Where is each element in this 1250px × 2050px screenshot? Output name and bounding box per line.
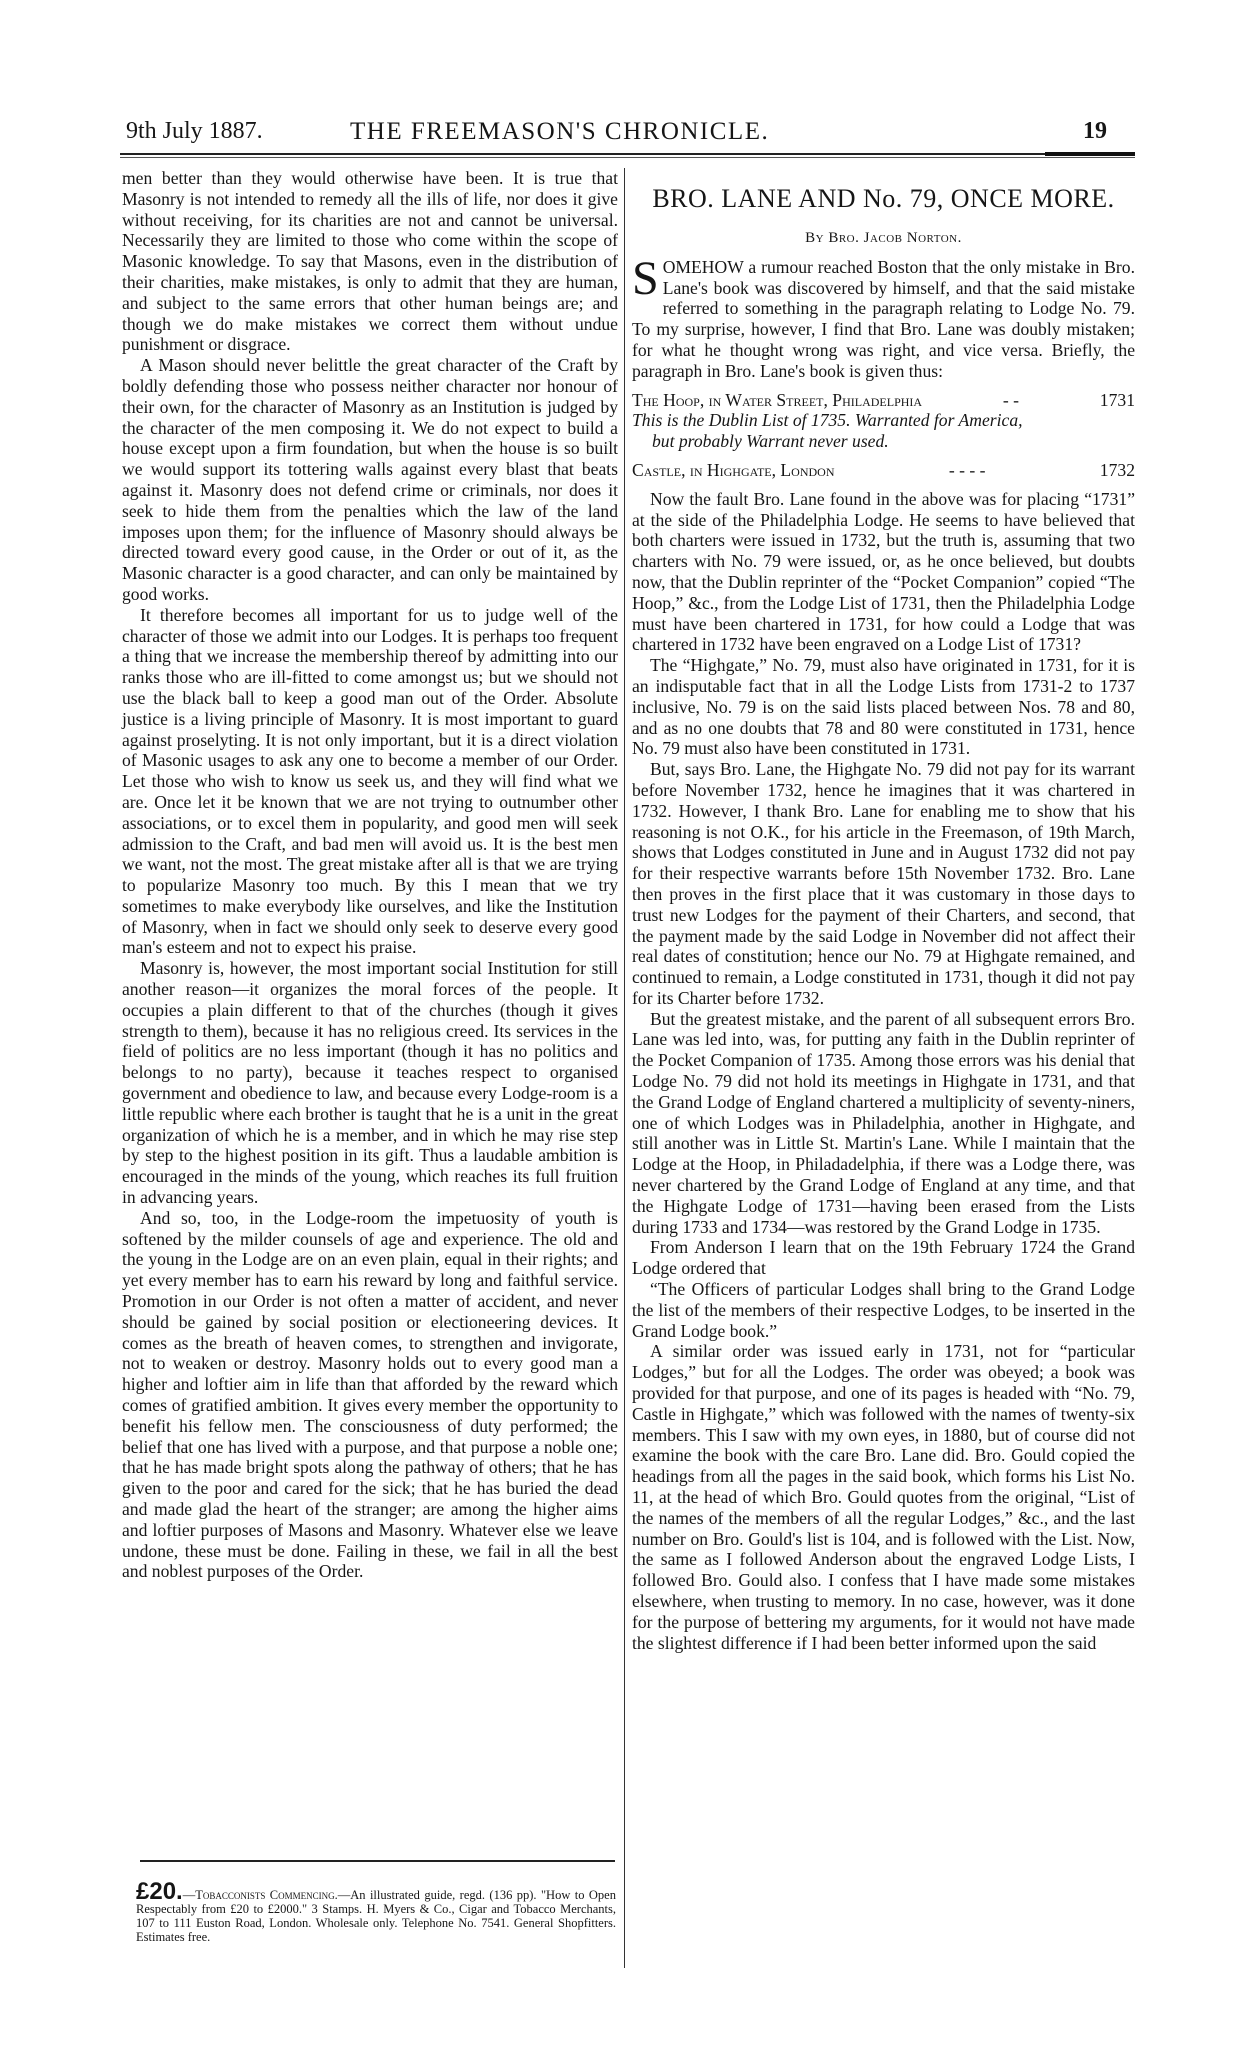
left-column: men better than they would otherwise hav… xyxy=(122,168,618,1582)
paragraph: But, says Bro. Lane, the Highgate No. 79… xyxy=(632,759,1135,1009)
column-divider xyxy=(624,168,625,1968)
paragraph: The “Highgate,” No. 79, must also have o… xyxy=(632,655,1135,759)
advertisement: £20.—Tobacconists Commencing.—An illustr… xyxy=(136,1885,616,1944)
drop-cap: S xyxy=(632,259,659,299)
lodge-dashes: - - xyxy=(1003,390,1019,411)
paragraph: From Anderson I learn that on the 19th F… xyxy=(632,1237,1135,1279)
paragraph: Masonry is, however, the most important … xyxy=(122,958,618,1208)
advertisement-price: £20. xyxy=(136,1878,183,1905)
lodge-name: The Hoop, in Water Street, Philadelphia xyxy=(632,390,922,411)
paragraph: And so, too, in the Lodge-room the impet… xyxy=(122,1208,618,1582)
lodge-name: Castle, in Highgate, London xyxy=(632,460,835,481)
issue-date: 9th July 1887. xyxy=(126,118,263,145)
list-note-line: This is the Dublin List of 1735. Warrant… xyxy=(632,410,1023,430)
intro-text: OMEHOW a rumour reached Boston that the … xyxy=(632,257,1135,381)
lodge-dashes: - - - - xyxy=(949,460,986,481)
lodge-list-entry: The Hoop, in Water Street, Philadelphia … xyxy=(632,390,1135,411)
masthead: 9th July 1887. THE FREEMASON'S CHRONICLE… xyxy=(120,118,1135,158)
paragraph: men better than they would otherwise hav… xyxy=(122,168,618,355)
newspaper-title: THE FREEMASON'S CHRONICLE. xyxy=(350,118,769,146)
page-number: 19 xyxy=(1083,118,1107,145)
masthead-rule xyxy=(120,153,1135,158)
lodge-year: 1732 xyxy=(1100,460,1135,481)
right-column: BRO. LANE AND No. 79, ONCE MORE. By Bro.… xyxy=(632,168,1135,1653)
paragraph: A Mason should never belittle the great … xyxy=(122,355,618,605)
article-intro: SOMEHOW a rumour reached Boston that the… xyxy=(632,257,1135,382)
paragraph: A similar order was issued early in 1731… xyxy=(632,1341,1135,1653)
lodge-list-entry: Castle, in Highgate, London - - - - 1732 xyxy=(632,460,1135,481)
paragraph: But the greatest mistake, and the parent… xyxy=(632,1009,1135,1238)
quotation: “The Officers of particular Lodges shall… xyxy=(632,1279,1135,1341)
paragraph: It therefore becomes all important for u… xyxy=(122,605,618,959)
lodge-year: 1731 xyxy=(1100,390,1135,411)
paragraph: Now the fault Bro. Lane found in the abo… xyxy=(632,489,1135,655)
article-byline: By Bro. Jacob Norton. xyxy=(632,228,1135,249)
article-headline: BRO. LANE AND No. 79, ONCE MORE. xyxy=(632,184,1135,214)
advertisement-heading: —Tobacconists Commencing.— xyxy=(183,1888,351,1902)
list-note-line: but probably Warrant never used. xyxy=(632,431,1135,452)
lodge-list-note: This is the Dublin List of 1735. Warrant… xyxy=(632,410,1135,452)
masthead-rule-thick xyxy=(1045,152,1135,156)
advertisement-rule xyxy=(140,1860,615,1862)
